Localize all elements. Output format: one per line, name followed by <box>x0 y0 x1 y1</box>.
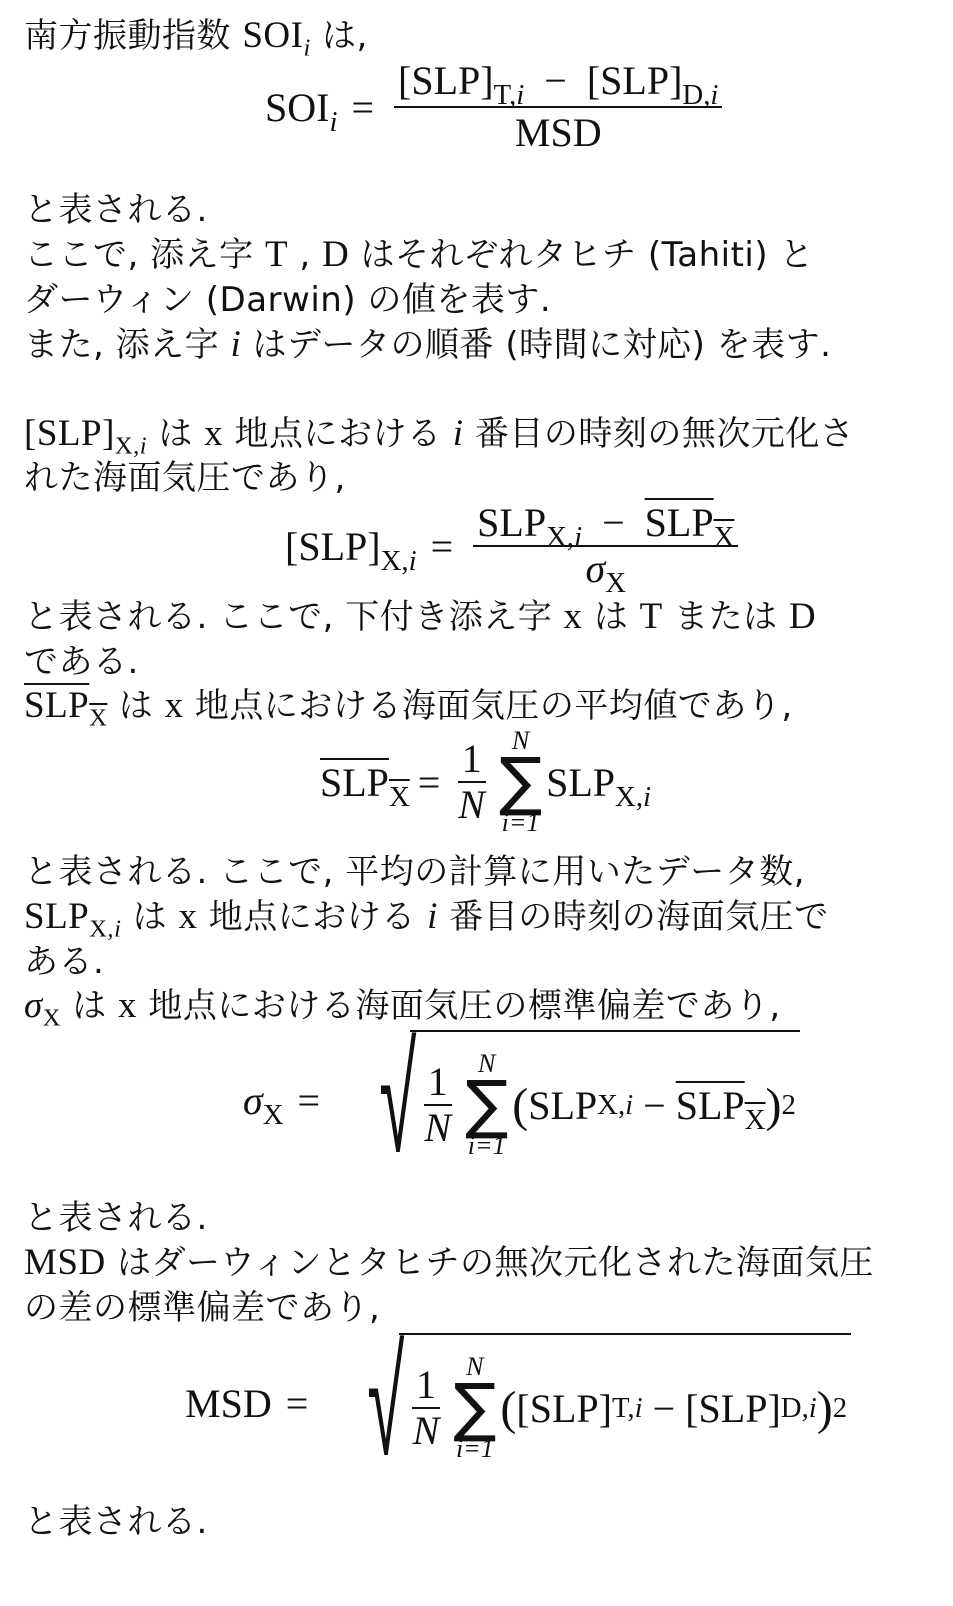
minus-sign: − <box>653 1385 676 1432</box>
math-sub: T, <box>612 1392 635 1424</box>
math-sub: T, <box>494 79 517 111</box>
math-i: i <box>230 324 241 365</box>
denominator: N <box>454 783 489 825</box>
math-x: x <box>165 685 184 726</box>
math-i: i <box>453 413 464 454</box>
math-slp: [SLP] <box>398 58 494 103</box>
text-line-closing: と表される. <box>24 1500 208 1544</box>
numerator: 1 <box>424 1062 452 1106</box>
open-paren: ( <box>500 1381 516 1436</box>
fraction: SLPX,i − SLPX σX <box>473 503 738 589</box>
fraction-one-over-n: 1 N <box>420 1062 455 1148</box>
text-line-index: また, 添え字 i はデータの順番 (時間に対応) を表す. <box>24 323 831 367</box>
sigma-icon: ∑ <box>465 1077 508 1133</box>
math-sub: X <box>89 705 107 732</box>
text: 番目の時刻の海面気圧で <box>438 897 829 937</box>
numerator: 1 <box>412 1365 440 1409</box>
text-line: の差の標準偏差であり, <box>24 1286 380 1330</box>
equation-msd: MSD = √ 1 N N ∑ i=1 ( [SLP]T,i − [SLP]D,… <box>185 1333 851 1473</box>
math-msd: MSD <box>185 1380 272 1427</box>
text: は <box>583 597 640 637</box>
text: 番目の時刻の無次元化さ <box>464 414 855 454</box>
math-x: x <box>564 596 583 637</box>
math-sub: D, <box>781 1392 809 1424</box>
text-line: と表される. ここで, 平均の計算に用いたデータ数, <box>24 850 805 894</box>
math-sub: i <box>329 106 337 138</box>
sum-term: SLPX,i <box>546 759 651 806</box>
eq-lhs: SLPX <box>320 759 410 806</box>
text: 地点における海面気圧の平均値であり, <box>184 686 793 726</box>
math-sub-i: i <box>809 1392 817 1424</box>
text-line-slp-def: [SLP]X,i は x 地点における i 番目の時刻の無次元化さ <box>24 412 854 456</box>
text: 地点における海面気圧の標準偏差であり, <box>137 986 781 1026</box>
close-paren: ) <box>765 1078 781 1133</box>
math-sub-i: i <box>516 79 524 111</box>
math-slp-mean: SLP <box>320 760 389 805</box>
math-sub-i: i <box>710 79 718 111</box>
text: 地点における <box>198 897 428 937</box>
math-slp-mean: SLP <box>24 685 89 726</box>
math-slp-mean: SLP <box>645 500 714 545</box>
sigma-icon: ∑ <box>453 1380 496 1436</box>
math-sub: X, <box>89 916 114 943</box>
text-line-x-def: と表される. ここで, 下付き添え字 x は T または D <box>24 595 816 639</box>
sum-lower-limit: i=1 <box>468 1133 506 1159</box>
equals-sign: = <box>351 84 374 131</box>
equation-normalized-slp: [SLP]X,i = SLPX,i − SLPX σX <box>285 503 744 589</box>
math-slp: SLP <box>24 896 89 937</box>
equation-soi: SOIi = [SLP]T,i − [SLP]D,i MSD <box>265 58 728 156</box>
numerator: [SLP]T,i − [SLP]D,i <box>394 58 722 108</box>
summation: N ∑ i=1 <box>453 1354 496 1462</box>
text-line: ある. <box>24 940 104 984</box>
equals-sign: = <box>431 523 454 570</box>
text-line-intro: 南方振動指数 SOIi は, <box>24 14 368 58</box>
math-d: D <box>789 596 816 637</box>
text-line: れた海面気圧であり, <box>24 456 346 500</box>
math-slp: SLP <box>546 760 615 805</box>
math-sigma: σ <box>243 1078 263 1123</box>
text: 地点における <box>223 414 453 454</box>
math-sigma: σ <box>586 546 606 591</box>
math-t: T <box>640 596 663 637</box>
math-sub-i: i <box>643 781 651 813</box>
denominator: N <box>409 1409 444 1451</box>
text: と表される. ここで, 下付き添え字 <box>24 597 564 637</box>
math-sub-i: i <box>635 1392 643 1424</box>
math-slp: SLP <box>528 1082 597 1129</box>
text: はデータの順番 (時間に対応) を表す. <box>241 325 831 365</box>
math-slp-mean: SLP <box>676 1083 745 1128</box>
sum-lower-limit: i=1 <box>502 810 540 836</box>
math-sub: X <box>263 1099 284 1131</box>
text: は <box>61 986 118 1026</box>
math-slp: [SLP] <box>516 1385 612 1432</box>
math-i: i <box>427 896 438 937</box>
text-line: ダーウィン (Darwin) の値を表す. <box>24 278 551 322</box>
math-sub: D, <box>682 79 710 111</box>
text-line: と表される. <box>24 1196 208 1240</box>
text: はそれぞれタヒチ (Tahiti) と <box>349 235 814 275</box>
equation-mean: SLPX = 1 N N ∑ i=1 SLPX,i <box>320 728 651 836</box>
text: は <box>107 686 164 726</box>
math-sigma: σ <box>24 985 43 1026</box>
equation-stddev: σX = √ 1 N N ∑ i=1 ( SLPX,i − SLPX )2 <box>243 1030 800 1170</box>
math-x: x <box>204 413 223 454</box>
text-line: と表される. <box>24 188 208 232</box>
text: , <box>288 235 322 275</box>
text-line-slp-xi-def: SLPX,i は x 地点における i 番目の時刻の海面気圧で <box>24 895 829 939</box>
fraction-one-over-n: 1 N <box>454 739 489 825</box>
text: また, 添え字 <box>24 325 230 365</box>
denominator: N <box>420 1106 455 1148</box>
denominator: σX <box>582 547 631 589</box>
radical-icon: √ <box>368 1333 405 1473</box>
fraction-one-over-n: 1 N <box>409 1365 444 1451</box>
math-sub-i: i <box>409 545 417 577</box>
equals-sign: = <box>286 1380 309 1427</box>
square-root: √ 1 N N ∑ i=1 ( [SLP]T,i − [SLP]D,i )2 <box>322 1333 851 1473</box>
text: 南方振動指数 <box>24 16 242 56</box>
math-sub: X <box>745 1104 766 1136</box>
math-slp: [SLP] <box>24 413 115 454</box>
summation: N ∑ i=1 <box>499 728 542 836</box>
close-paren: ) <box>817 1381 833 1436</box>
numerator: SLPX,i − SLPX <box>473 503 738 547</box>
math-sub-i: i <box>625 1089 633 1121</box>
radicand: 1 N N ∑ i=1 ( [SLP]T,i − [SLP]D,i )2 <box>399 1333 852 1473</box>
sigma-icon: ∑ <box>499 754 542 810</box>
open-paren: ( <box>512 1078 528 1133</box>
math-sub: X <box>389 781 410 813</box>
text-line-mean-def: SLPX は x 地点における海面気圧の平均値であり, <box>24 684 793 728</box>
text: は, <box>311 16 368 56</box>
math-sub: X <box>714 521 735 553</box>
minus-sign: − <box>643 1082 666 1129</box>
eq-lhs: [SLP]X,i <box>285 523 417 570</box>
math-slp: [SLP] <box>285 524 381 569</box>
text: は <box>147 414 204 454</box>
equals-sign: = <box>418 759 441 806</box>
eq-lhs: σX <box>243 1077 284 1124</box>
math-sub: X, <box>381 545 409 577</box>
math-d: D <box>322 234 349 275</box>
text: または <box>663 597 789 637</box>
equals-sign: = <box>298 1077 321 1124</box>
math-sub: X, <box>615 781 643 813</box>
summation: N ∑ i=1 <box>465 1051 508 1159</box>
math-slp: [SLP] <box>685 1385 781 1432</box>
square-root: √ 1 N N ∑ i=1 ( SLPX,i − SLPX )2 <box>334 1030 800 1170</box>
math-x: x <box>118 985 137 1026</box>
math-soi: SOI <box>242 15 303 56</box>
radicand: 1 N N ∑ i=1 ( SLPX,i − SLPX )2 <box>410 1030 799 1170</box>
sum-lower-limit: i=1 <box>456 1436 494 1462</box>
text: は <box>121 897 178 937</box>
text: ここで, 添え字 <box>24 235 265 275</box>
text: はダーウィンとタヒチの無次元化された海面気圧 <box>106 1243 874 1283</box>
math-sub: X <box>43 1005 61 1032</box>
denominator: MSD <box>511 108 606 156</box>
text-line-msd-def: MSD はダーウィンとタヒチの無次元化された海面気圧 <box>24 1241 874 1285</box>
text-line: である. <box>24 640 139 684</box>
minus-sign: − <box>602 500 625 545</box>
minus-sign: − <box>544 58 567 103</box>
math-sub: X, <box>597 1089 625 1121</box>
math-x: x <box>179 896 198 937</box>
text-line-subscripts: ここで, 添え字 T , D はそれぞれタヒチ (Tahiti) と <box>24 233 814 277</box>
math-t: T <box>265 234 288 275</box>
fraction: [SLP]T,i − [SLP]D,i MSD <box>394 58 722 156</box>
numerator: 1 <box>458 739 486 783</box>
math-soi: SOI <box>265 85 329 130</box>
radical-icon: √ <box>379 1030 416 1170</box>
math-msd: MSD <box>24 1242 106 1283</box>
math-slp: SLP <box>477 500 546 545</box>
math-slp: [SLP] <box>587 58 683 103</box>
eq-lhs: SOIi <box>265 84 337 131</box>
math-sub: X, <box>546 521 574 553</box>
